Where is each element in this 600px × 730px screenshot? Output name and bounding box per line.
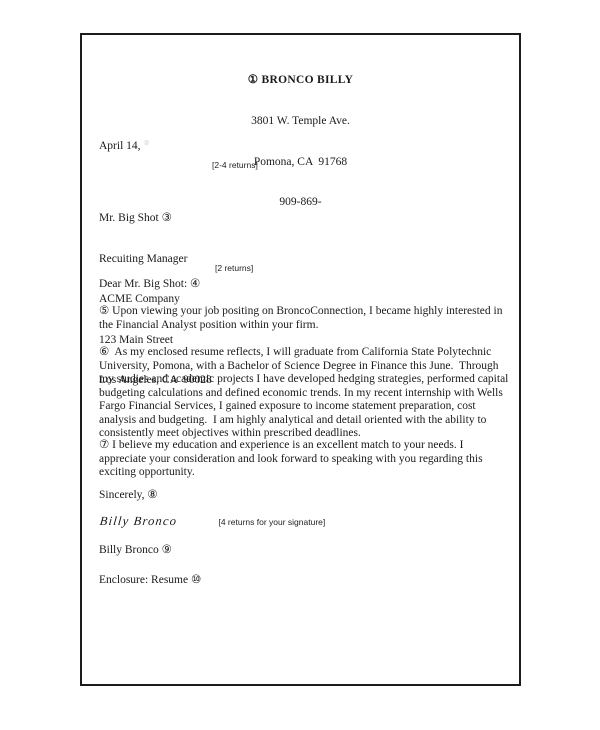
body-paragraph-3: ⑦ I believe my education and experience … [99, 439, 509, 480]
recipient-street: 123 Main Street [99, 334, 212, 348]
enclosure-line: Enclosure: Resume ⑩ [99, 574, 201, 588]
returns-annotation-1: [2-4 returns] [212, 160, 258, 170]
document-canvas: ① BRONCO BILLY 3801 W. Temple Ave. Pomon… [0, 0, 600, 730]
returns-annotation-2: [2 returns] [215, 263, 253, 273]
date-text: April 14, [99, 140, 141, 152]
sender-name: ① BRONCO BILLY [82, 74, 519, 88]
body-paragraph-2: ⑥ As my enclosed resume reflects, I will… [99, 346, 509, 441]
signature-annotation: [4 returns for your signature] [218, 517, 325, 527]
salutation: Dear Mr. Big Shot: ④ [99, 278, 200, 292]
signature-script: Billy Bronco [99, 515, 178, 529]
date-annotation-mark: ② [143, 139, 149, 147]
signature-typed: Billy Bronco ⑨ [99, 544, 172, 558]
sender-city: Pomona, CA 91768 [82, 156, 519, 170]
body-paragraph-1: ⑤ Upon viewing your job positing on Bron… [99, 305, 509, 332]
recipient-title: Recuiting Manager [99, 253, 212, 267]
date-line: April 14, ② [99, 137, 150, 154]
letter-page: ① BRONCO BILLY 3801 W. Temple Ave. Pomon… [80, 33, 521, 686]
signature-row: Billy Bronco [4 returns for your signatu… [99, 515, 325, 529]
sender-street: 3801 W. Temple Ave. [82, 115, 519, 129]
closing: Sincerely, ⑧ [99, 489, 158, 503]
recipient-name: Mr. Big Shot ③ [99, 212, 212, 226]
